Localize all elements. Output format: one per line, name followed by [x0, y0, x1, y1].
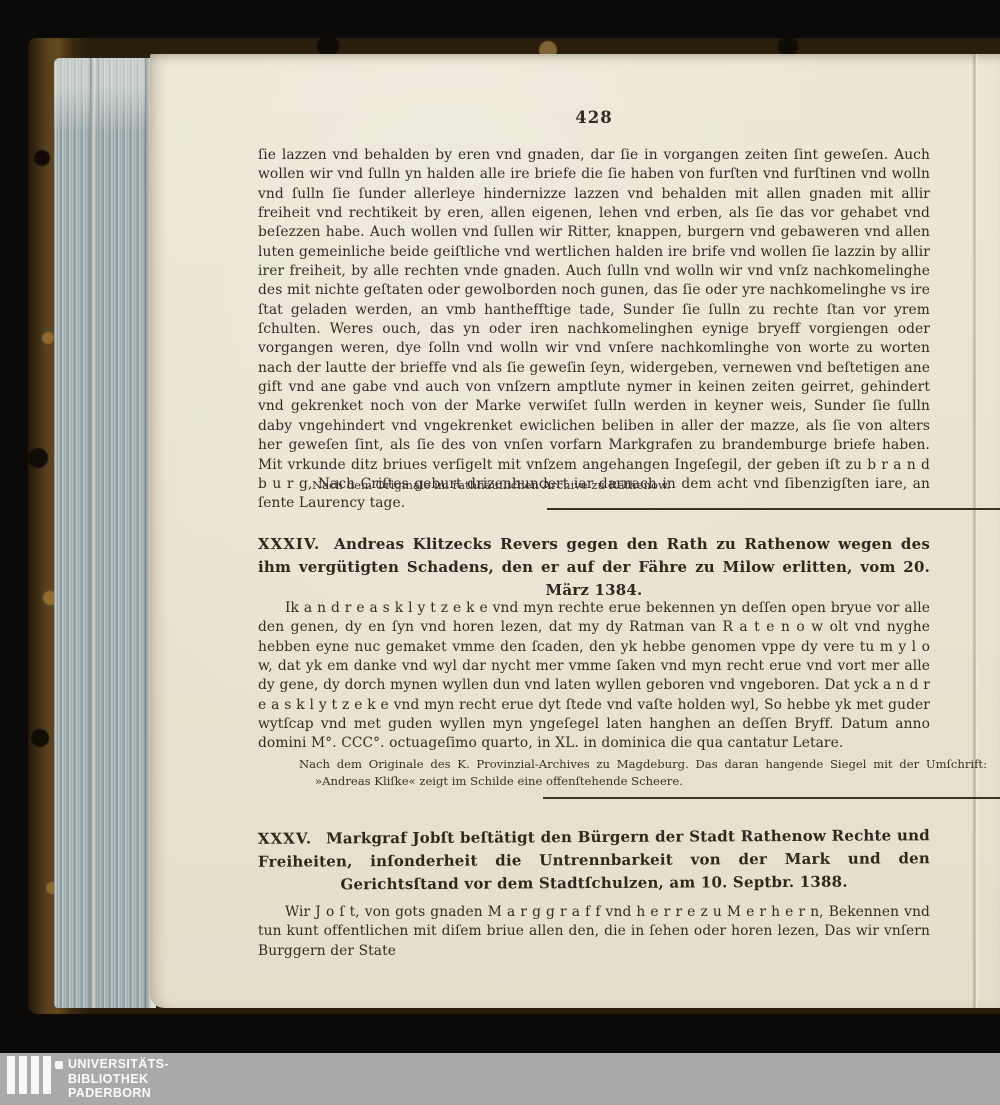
section-heading-xxxv: XXXV.Markgraf Jobſt beſtätigt den Bürger… [258, 824, 930, 897]
section-heading-xxxiv: XXXIV.Andreas Klitzecks Revers gegen den… [258, 533, 930, 602]
page-edges-ridge [90, 58, 99, 1008]
library-name-line: BIBLIOTHEK [68, 1072, 169, 1087]
page-edges-stack [54, 58, 156, 1008]
section-number: XXXV. [258, 829, 312, 847]
library-name: UNIVERSITÄTS- BIBLIOTHEK PADERBORN [68, 1057, 169, 1101]
source-note-xxxiv: Nach dem Originale des K. Provinzial-Arc… [258, 756, 1000, 790]
library-banner: UNIVERSITÄTS- BIBLIOTHEK PADERBORN [0, 1053, 1000, 1105]
gutter-crease [972, 54, 978, 1008]
source-note: Nach dem Originale im rathhäuſlichen Arc… [258, 477, 984, 494]
charter-text-xxxiv: Ik a n d r e a s k l y t z e k e vnd myn… [258, 599, 930, 754]
exclamation-bar-icon [55, 1056, 63, 1069]
section-title: Andreas Klitzecks Revers gegen den Rath … [258, 535, 930, 599]
library-name-line: PADERBORN [68, 1086, 169, 1101]
scanned-book-photo: 428 ſie lazzen vnd behalden by eren vnd … [0, 0, 1000, 1105]
page-number: 428 [258, 108, 930, 127]
library-name-line: UNIVERSITÄTS- [68, 1057, 169, 1072]
section-title: Markgraf Jobſt beſtätigt den Bürgern der… [258, 826, 930, 893]
section-divider [543, 797, 1000, 799]
section-divider [547, 508, 1000, 510]
charter-text-xxxv: Wir J o ſ t, von gots gnaden M a r g g r… [258, 903, 930, 961]
charter-text-continuation: ſie lazzen vnd behalden by eren vnd gnad… [258, 146, 930, 514]
library-logo-icon [7, 1056, 63, 1102]
section-number: XXXIV. [258, 535, 320, 553]
